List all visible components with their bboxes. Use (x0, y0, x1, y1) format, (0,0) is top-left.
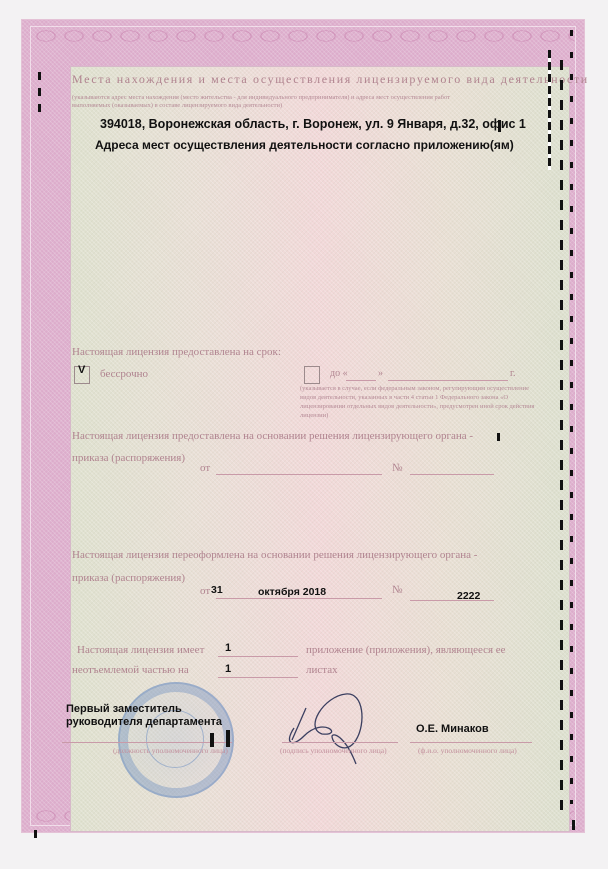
position-caption: (должность уполномоченного лица) (113, 746, 228, 755)
name-line (410, 742, 532, 743)
granted-date-field[interactable] (216, 474, 382, 475)
appendix-count-field[interactable] (218, 656, 298, 657)
until-month-field[interactable] (388, 380, 508, 381)
section-heading: Места нахождения и места осуществления л… (72, 72, 589, 87)
position-line (62, 742, 232, 743)
reissued-basis-line1: Настоящая лицензия переоформлена на осно… (72, 549, 477, 561)
scan-artifact (38, 88, 41, 96)
scan-artifact (210, 733, 214, 747)
signer-position-line2: руководителя департамента (66, 716, 222, 729)
frame-ornament-top (32, 28, 574, 44)
scan-artifact (570, 24, 573, 804)
scan-artifact (498, 120, 501, 132)
until-day-field[interactable] (346, 380, 376, 381)
granted-basis-line1: Настоящая лицензия предоставлена на осно… (72, 430, 473, 442)
reissued-day-value: 31 (211, 584, 223, 596)
official-seal-stamp (118, 682, 234, 798)
until-mid: » (378, 368, 383, 379)
reissued-month-year-value: октября 2018 (258, 586, 326, 598)
signature-line (282, 742, 398, 743)
scan-artifact (560, 60, 563, 820)
address-value: 394018, Воронежская область, г. Воронеж,… (100, 117, 526, 131)
handwritten-signature (284, 688, 384, 768)
reissued-from-label: от (200, 585, 210, 597)
appendix-line1-prefix: Настоящая лицензия имеет (77, 644, 204, 656)
signer-position-line1: Первый заместитель (66, 703, 222, 716)
until-prefix: до « (330, 368, 348, 379)
indefinite-checkbox[interactable]: V (74, 366, 90, 384)
granted-number-label: № (392, 462, 403, 474)
scan-artifact (572, 820, 575, 830)
granted-number-field[interactable] (410, 474, 494, 475)
reissued-date-field[interactable] (216, 598, 382, 599)
reissued-number-label: № (392, 584, 403, 596)
check-mark-icon: V (78, 364, 85, 376)
until-date-checkbox[interactable] (304, 366, 320, 384)
scan-artifact (497, 433, 500, 441)
until-suffix: г. (510, 368, 515, 379)
granted-from-label: от (200, 462, 210, 474)
scan-artifact (34, 830, 37, 838)
scan-artifact (38, 72, 41, 80)
appendix-count-value: 1 (225, 642, 231, 654)
scan-artifact (38, 104, 41, 112)
term-label: Настоящая лицензия предоставлена на срок… (72, 346, 281, 358)
appendix-line1-suffix: приложение (приложения), являющееся ее (306, 644, 506, 656)
granted-basis-line2: приказа (распоряжения) (72, 452, 185, 464)
name-caption: (ф.и.о. уполномоченного лица) (418, 746, 517, 755)
scan-artifact (226, 730, 230, 747)
reissued-basis-line2: приказа (распоряжения) (72, 572, 185, 584)
scan-artifact (548, 50, 551, 170)
signature-caption: (подпись уполномоченного лица) (280, 746, 387, 755)
signer-position: Первый заместитель руководителя департам… (66, 703, 222, 729)
heading-hint-line1: (указываются адрес места нахождения (мес… (72, 94, 450, 102)
reissued-number-field[interactable] (410, 600, 494, 601)
indefinite-label: бессрочно (100, 368, 148, 380)
sheet-count-field[interactable] (218, 677, 298, 678)
signer-name: О.Е. Минаков (416, 723, 489, 735)
appendix-line2-prefix: неотъемлемой частью на (72, 664, 189, 676)
until-note: (указывается в случае, если федеральным … (300, 384, 536, 420)
heading-hint-line2: выполняемых (оказываемых) в составе лице… (72, 102, 282, 110)
appendix-line2-suffix: листах (306, 664, 338, 676)
sheet-count-value: 1 (225, 663, 231, 675)
address-note: Адреса мест осуществления деятельности с… (95, 138, 514, 152)
